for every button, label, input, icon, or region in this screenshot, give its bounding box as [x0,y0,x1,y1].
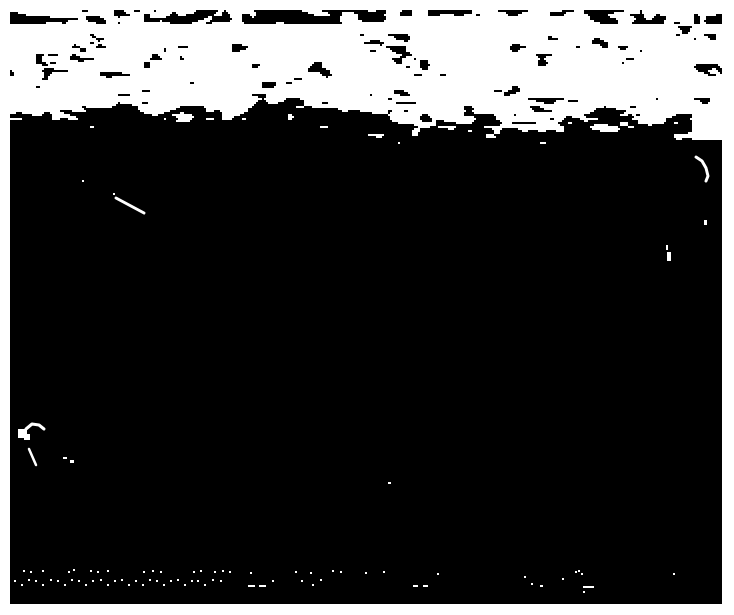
sem-micrograph-figure [10,10,722,604]
sem-micrograph-image [10,10,722,604]
figure-page [0,0,734,615]
